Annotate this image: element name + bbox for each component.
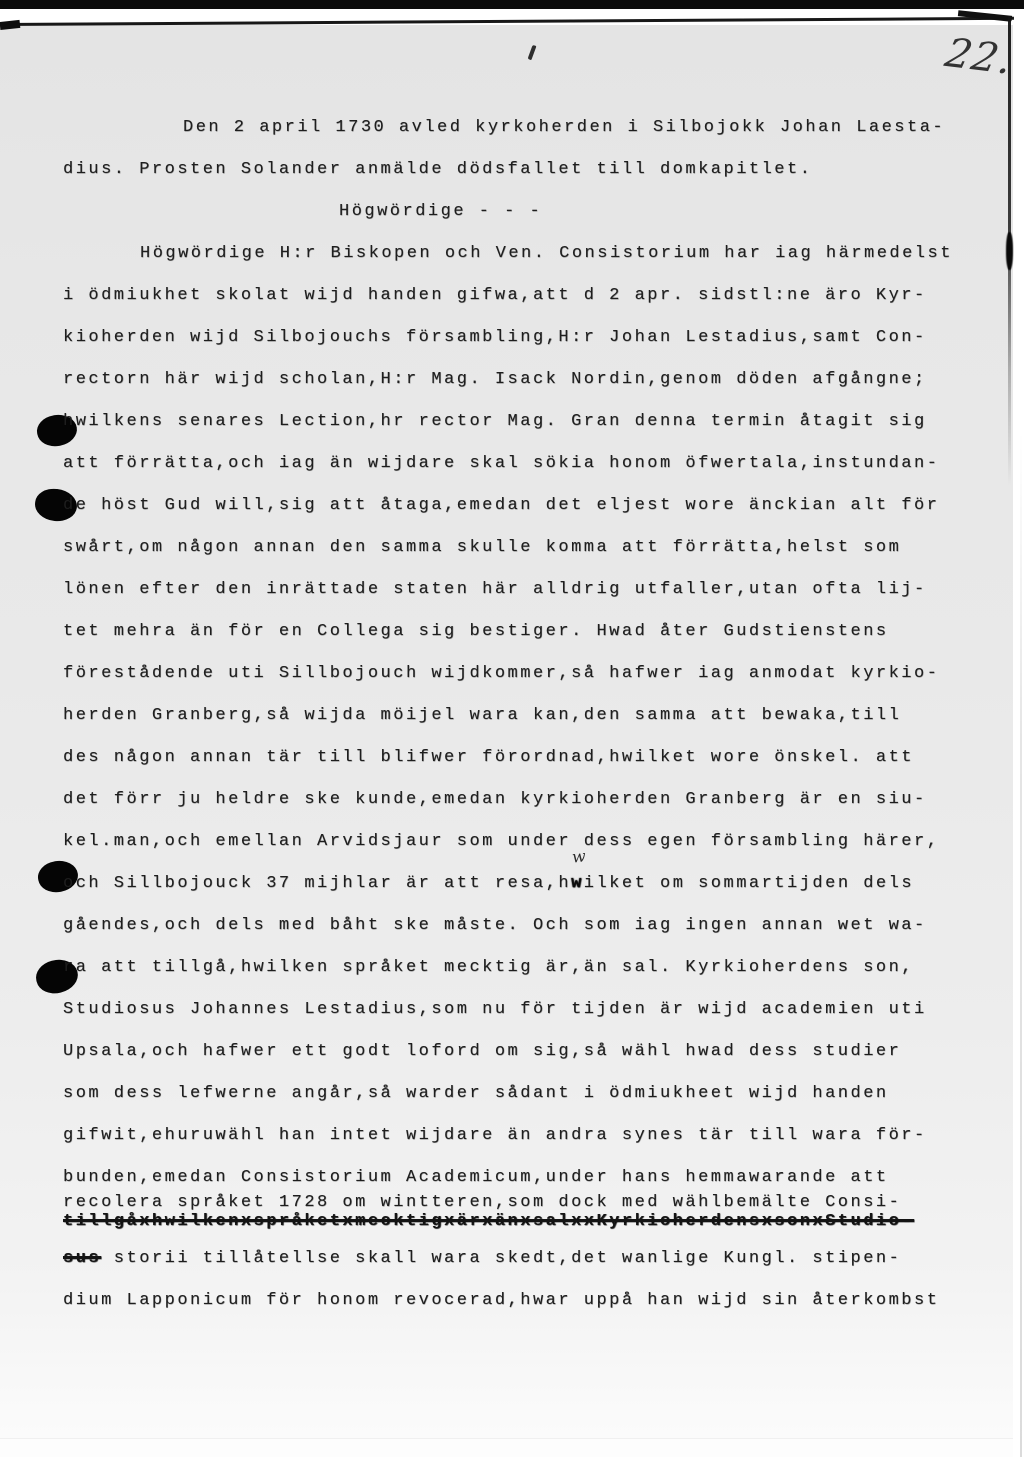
document-line: recolera språket 1728 om wintteren,som d… <box>63 1193 1013 1212</box>
handwritten-page-number: 22. <box>941 30 1018 83</box>
scan-margin-line <box>1020 430 1022 1457</box>
line-text: kel.man,och emellan Arvidsjaur som under… <box>63 832 939 851</box>
line-text: Studiosus Johannes Lestadius,som nu för … <box>63 1000 927 1019</box>
line-text: och Sillbojouck 37 mijhlar är att resa,h <box>63 874 571 893</box>
document-line: sus storii tillåtellse skall wara skedt,… <box>63 1249 1013 1291</box>
line-text: tet mehra än för en Collega sig bestiger… <box>63 622 889 641</box>
struck-text: tillgåxhwilkenxspråketxmecktigxärxänxsal… <box>63 1212 914 1231</box>
struck-text: sus <box>63 1249 101 1268</box>
document-line: och Sillbojouck 37 mijhlar är att resa,h… <box>63 874 1013 916</box>
line-text: Upsala,och hafwer ett godt loford om sig… <box>63 1042 901 1061</box>
document-line: gåendes,och dels med båht ske måste. Och… <box>63 916 1013 958</box>
document-line: dius. Prosten Solander anmälde dödsfalle… <box>63 160 1013 202</box>
line-text: dium Lapponicum för honom revocerad,hwar… <box>63 1291 939 1310</box>
document-line: herden Granberg,så wijda möijel wara kan… <box>63 706 1013 748</box>
document-line: Studiosus Johannes Lestadius,som nu för … <box>63 1000 1013 1042</box>
paper-bottom-band <box>0 1438 1013 1457</box>
document-line: tet mehra än för en Collega sig bestiger… <box>63 622 1013 664</box>
line-text: dius. Prosten Solander anmälde dödsfalle… <box>63 160 812 179</box>
document-line: ra att tillgå,hwilken språket mecktig är… <box>63 958 1013 1000</box>
line-text: i ödmiukhet skolat wijd handen gifwa,att… <box>63 286 927 305</box>
line-text: som dess lefwerne angår,så warder sådant… <box>63 1084 889 1103</box>
line-text: de höst Gud will,sig att åtaga,emedan de… <box>63 496 939 515</box>
document-line: förestådende uti Sillbojouch wijdkommer,… <box>63 664 1013 706</box>
document-line: rectorn här wijd scholan,H:r Mag. Isack … <box>63 370 1013 412</box>
line-text: recolera språket 1728 om wintteren,som d… <box>63 1193 901 1212</box>
document-line: Högwördige H:r Biskopen och Ven. Consist… <box>63 244 1013 286</box>
typewritten-text-block: Den 2 april 1730 avled kyrkoherden i Sil… <box>63 118 1013 1333</box>
scan-edge-bar <box>0 0 1024 9</box>
line-text: bunden,emedan Consistorium Academicum,un… <box>63 1168 889 1187</box>
document-line: dium Lapponicum för honom revocerad,hwar… <box>63 1291 1013 1333</box>
line-text: gåendes,och dels med båht ske måste. Och… <box>63 916 927 935</box>
document-line: Högwördige - - - <box>63 202 1013 244</box>
document-line: swårt,om någon annan den samma skulle ko… <box>63 538 1013 580</box>
document-line: Upsala,och hafwer ett godt loford om sig… <box>63 1042 1013 1084</box>
line-text: kioherden wijd Silbojouchs försambling,H… <box>63 328 927 347</box>
line-text: swårt,om någon annan den samma skulle ko… <box>63 538 901 557</box>
line-text: hwilkens senares Lection,hr rector Mag. … <box>63 412 927 431</box>
document-line: kel.man,och emellan Arvidsjaur som under… <box>63 832 1013 874</box>
document-line: kioherden wijd Silbojouchs försambling,H… <box>63 328 1013 370</box>
line-text: ra att tillgå,hwilken språket mecktig är… <box>63 958 914 977</box>
line-text: Den 2 april 1730 avled kyrkoherden i Sil… <box>183 118 945 137</box>
line-text: lönen efter den inrättade staten här all… <box>63 580 927 599</box>
line-text: förestådende uti Sillbojouch wijdkommer,… <box>63 664 939 683</box>
document-line: tillgåxhwilkenxspråketxmecktigxärxänxsal… <box>63 1212 1013 1249</box>
line-text: Högwördige - - - <box>339 202 542 221</box>
line-text: det förr ju heldre ske kunde,emedan kyrk… <box>63 790 927 809</box>
handwritten-correction-w: w <box>571 846 587 866</box>
line-text: att förrätta,och iag än wijdare skal sök… <box>63 454 939 473</box>
document-line: att förrätta,och iag än wijdare skal sök… <box>63 454 1013 496</box>
document-line: som dess lefwerne angår,så warder sådant… <box>63 1084 1013 1126</box>
document-line: det förr ju heldre ske kunde,emedan kyrk… <box>63 790 1013 832</box>
line-text: rectorn här wijd scholan,H:r Mag. Isack … <box>63 370 927 389</box>
scanned-document-page: 22. Den 2 april 1730 avled kyrkoherden i… <box>0 0 1024 1457</box>
document-line: des någon annan tär till blifwer förordn… <box>63 748 1013 790</box>
document-line: Den 2 april 1730 avled kyrkoherden i Sil… <box>63 118 1013 160</box>
document-line: de höst Gud will,sig att åtaga,emedan de… <box>63 496 1013 538</box>
line-text: herden Granberg,så wijda möijel wara kan… <box>63 706 901 725</box>
document-line: bunden,emedan Consistorium Academicum,un… <box>63 1168 1013 1193</box>
line-text: ilket om sommartijden dels <box>584 874 914 893</box>
document-line: hwilkens senares Lection,hr rector Mag. … <box>63 412 1013 454</box>
document-line: gifwit,ehuruwähl han intet wijdare än an… <box>63 1126 1013 1168</box>
struck-text: w <box>571 874 584 893</box>
document-line: lönen efter den inrättade staten här all… <box>63 580 1013 622</box>
line-text: Högwördige H:r Biskopen och Ven. Consist… <box>140 244 953 263</box>
line-text: des någon annan tär till blifwer förordn… <box>63 748 914 767</box>
line-text: storii tillåtellse skall wara skedt,det … <box>101 1249 901 1268</box>
document-line: i ödmiukhet skolat wijd handen gifwa,att… <box>63 286 1013 328</box>
line-text: gifwit,ehuruwähl han intet wijdare än an… <box>63 1126 927 1145</box>
